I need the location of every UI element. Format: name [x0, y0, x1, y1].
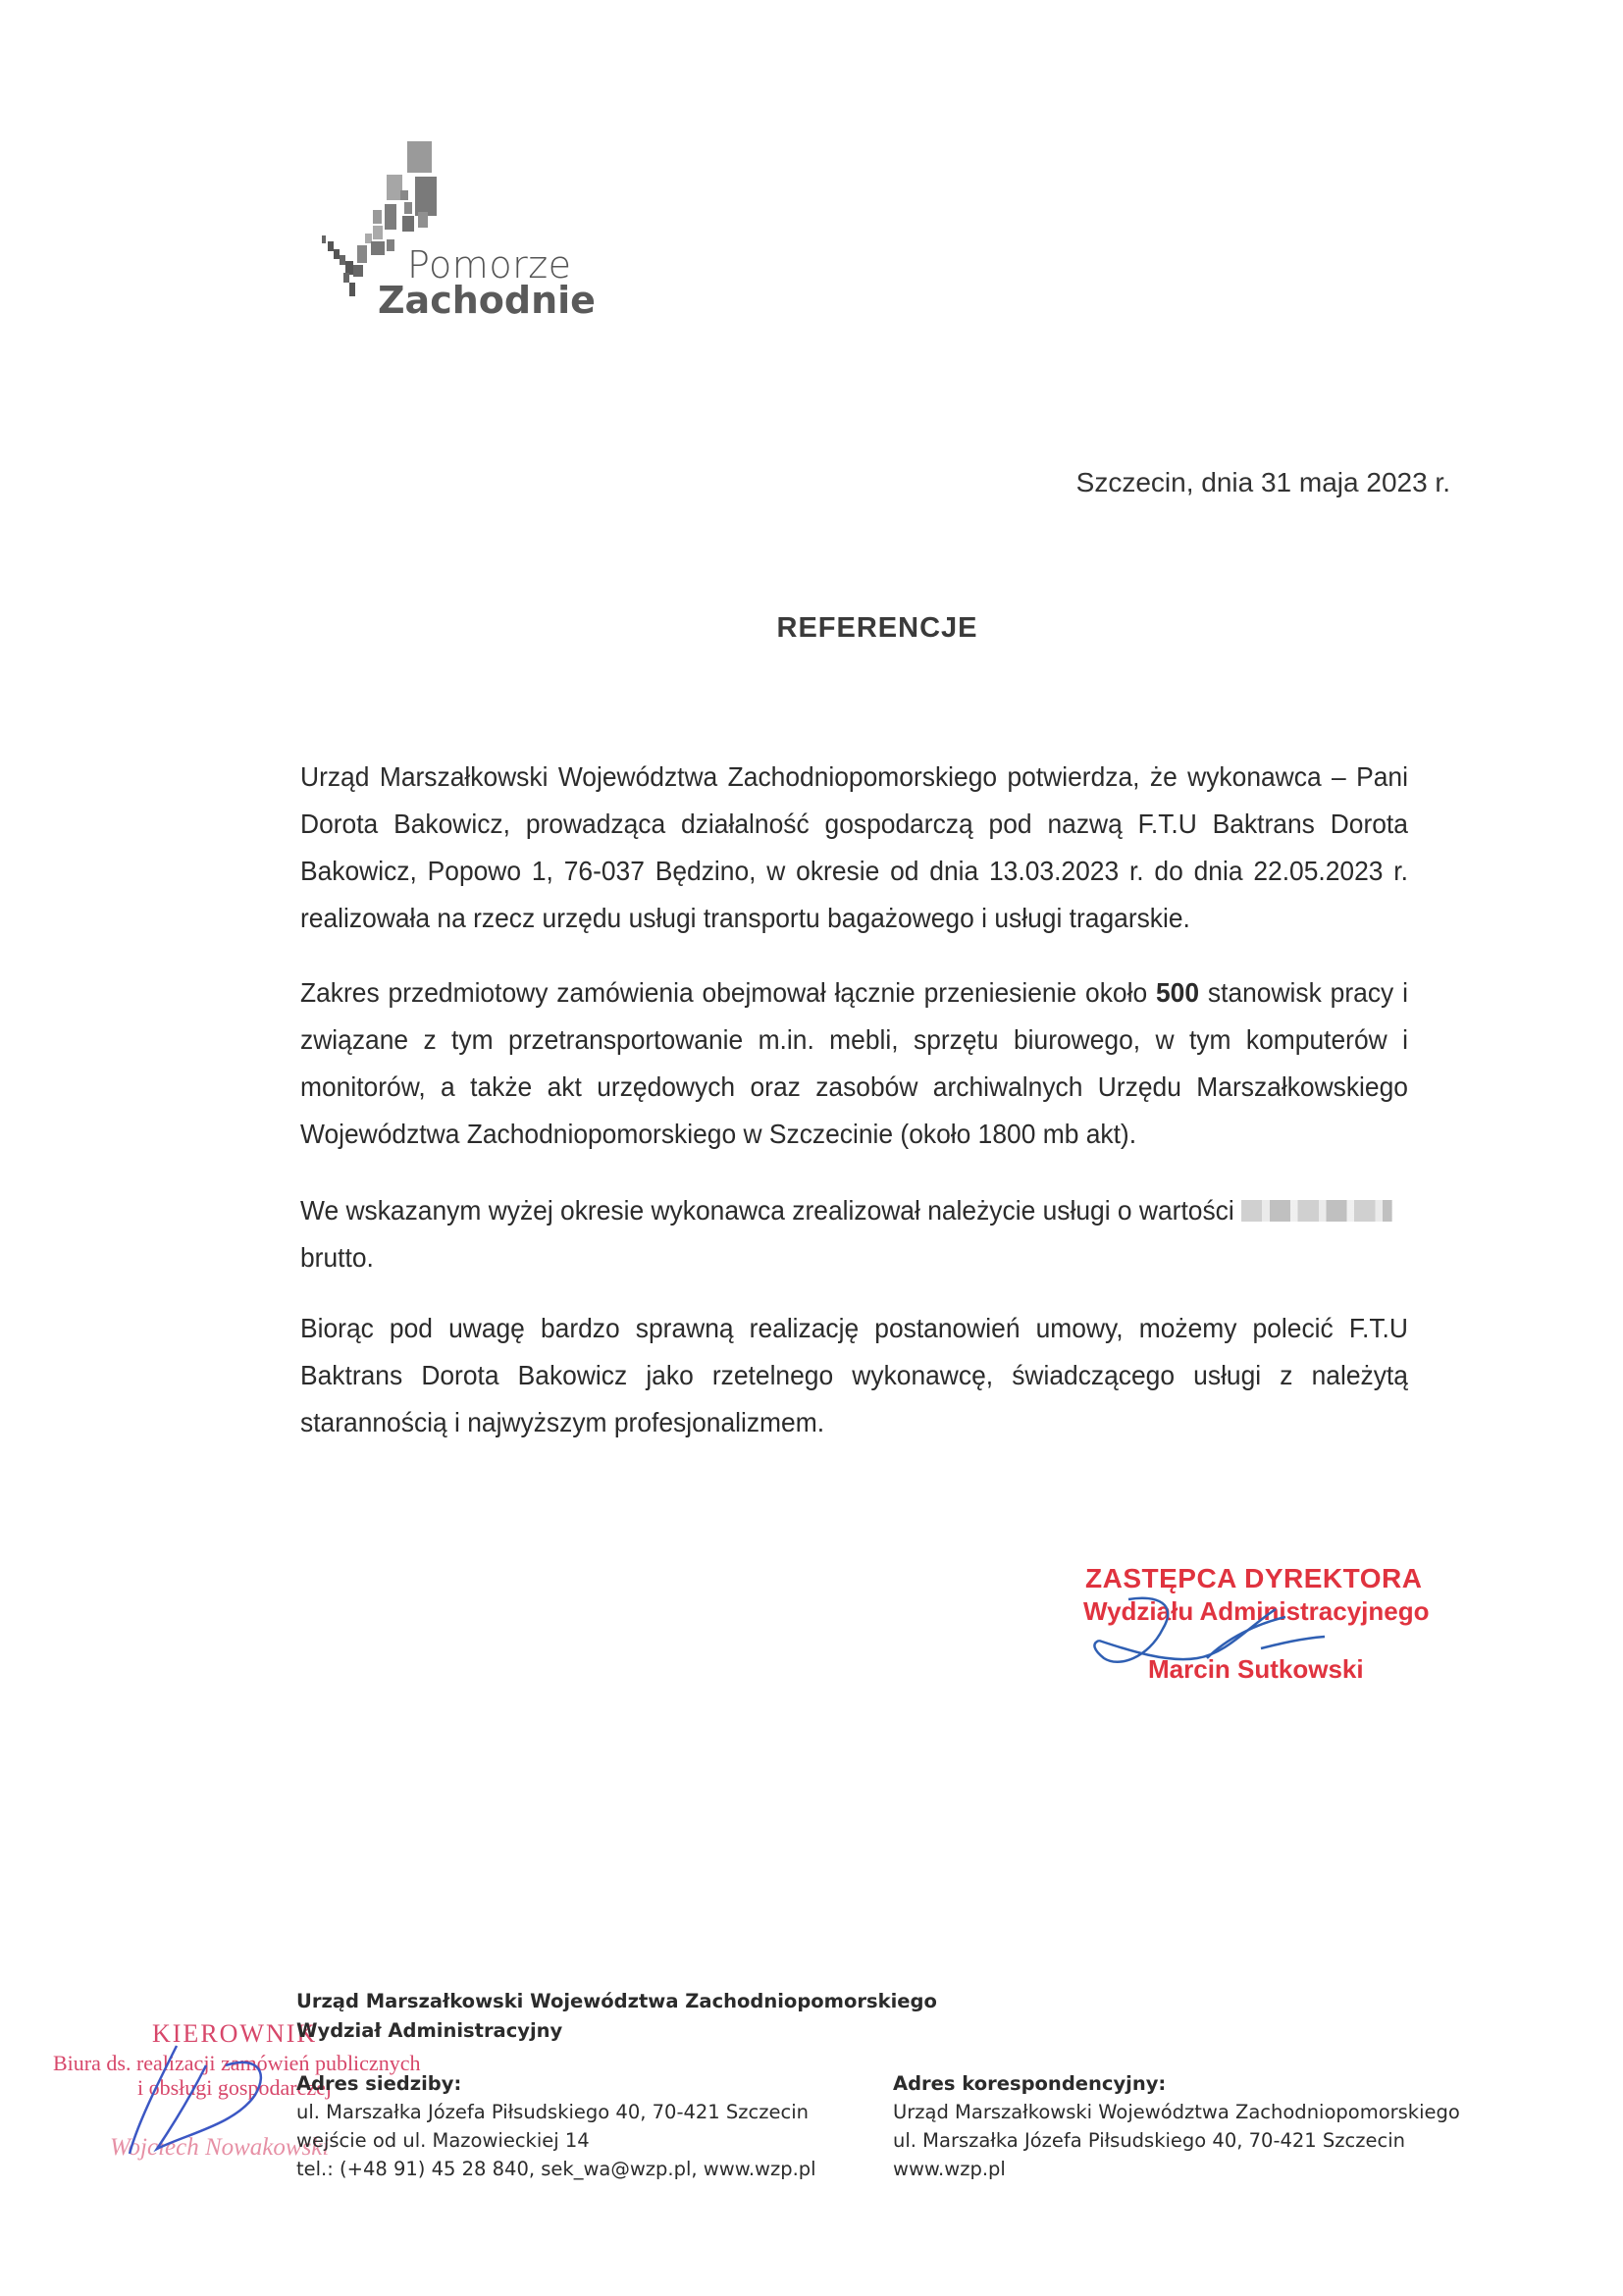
- footer-correspondence-website: www.wzp.pl: [893, 2158, 1006, 2180]
- footer-correspondence-address: ul. Marszałka Józefa Piłsudskiego 40, 70…: [893, 2129, 1405, 2152]
- footer-org: Urząd Marszałkowski Województwa Zachodni…: [296, 1990, 937, 2012]
- logo-text-zachodnie: Zachodnie: [378, 279, 596, 322]
- footer-seat-entrance: wejście od ul. Mazowieckiej 14: [296, 2129, 590, 2152]
- paragraph-confirmation: Urząd Marszałkowski Województwa Zachodni…: [300, 754, 1408, 942]
- paragraph-text: Urząd Marszałkowski Województwa Zachodni…: [300, 754, 1408, 942]
- workstation-count: 500: [1156, 977, 1199, 1008]
- footer-correspondence-heading: Adres korespondencyjny:: [893, 2072, 1166, 2095]
- letter-title: REFERENCJE: [0, 612, 1623, 645]
- paragraph-scope: Zakres przedmiotowy zamówienia obejmował…: [300, 969, 1408, 1158]
- footer-correspondence-org: Urząd Marszałkowski Województwa Zachodni…: [893, 2101, 1460, 2123]
- paragraph-value: We wskazanym wyżej okresie wykonawca zre…: [300, 1187, 1408, 1281]
- footer-seat-contact: tel.: (+48 91) 45 28 840, sek_wa@wzp.pl,…: [296, 2158, 816, 2180]
- paragraph-text: Biorąc pod uwagę bardzo sprawną realizac…: [300, 1305, 1408, 1446]
- footer-seat-address: ul. Marszałka Józefa Piłsudskiego 40, 70…: [296, 2101, 809, 2123]
- footer-seat-heading: Adres siedziby:: [296, 2072, 461, 2095]
- paragraph-text: brutto.: [300, 1242, 374, 1273]
- letter-date: Szczecin, dnia 31 maja 2023 r.: [1076, 467, 1450, 498]
- paragraph-text: Zakres przedmiotowy zamówienia obejmował…: [300, 977, 1156, 1008]
- handwritten-signature-icon: [118, 2036, 314, 2164]
- redacted-amount: [1241, 1200, 1392, 1222]
- paragraph-recommendation: Biorąc pod uwagę bardzo sprawną realizac…: [300, 1305, 1408, 1446]
- paragraph-text: We wskazanym wyżej okresie wykonawca zre…: [300, 1195, 1241, 1226]
- footer-dept: Wydział Administracyjny: [296, 2019, 562, 2042]
- handwritten-signature-icon: [1089, 1590, 1384, 1688]
